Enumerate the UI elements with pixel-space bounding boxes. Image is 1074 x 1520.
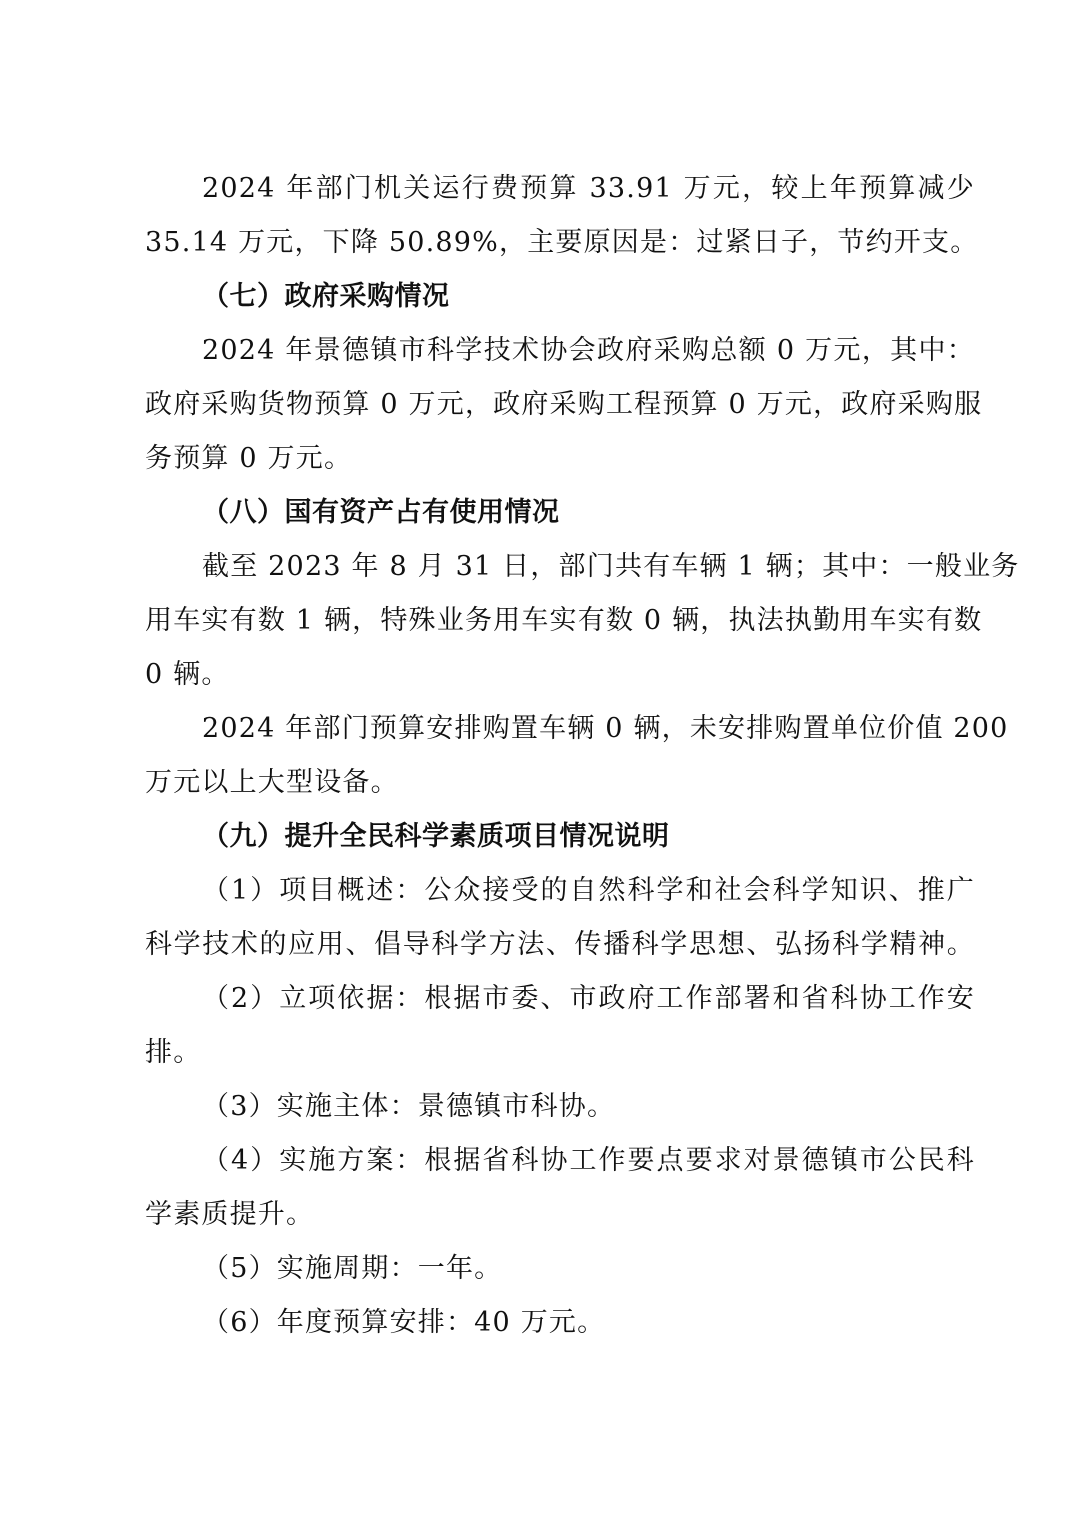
section-heading-science-literacy-project: （九）提升全民科学素质项目情况说明 bbox=[145, 810, 975, 864]
paragraph-project-overview: （1）项目概述：公众接受的自然科学和社会科学知识、推广 科学技术的应用、倡导科学… bbox=[145, 864, 975, 972]
paragraph-vehicles: 截至 2023 年 8 月 31 日，部门共有车辆 1 辆；其中：一般业务 用车… bbox=[145, 540, 975, 702]
paragraph-purchase-plan: 2024 年部门预算安排购置车辆 0 辆，未安排购置单位价值 200 万元以上大… bbox=[145, 702, 975, 810]
text-line: 35.14 万元，下降 50.89%，主要原因是：过紧日子，节约开支。 bbox=[145, 216, 975, 270]
text-line: （6）年度预算安排：40 万元。 bbox=[145, 1296, 975, 1350]
text-line: （3）实施主体：景德镇市科协。 bbox=[145, 1080, 975, 1134]
text-line: 务预算 0 万元。 bbox=[145, 432, 975, 486]
paragraph-implementing-entity: （3）实施主体：景德镇市科协。 bbox=[145, 1080, 975, 1134]
text-line: （2）立项依据：根据市委、市政府工作部署和省科协工作安 bbox=[145, 972, 975, 1026]
text-line: 政府采购货物预算 0 万元，政府采购工程预算 0 万元，政府采购服 bbox=[145, 378, 975, 432]
paragraph-operating-expense: 2024 年部门机关运行费预算 33.91 万元，较上年预算减少 35.14 万… bbox=[145, 162, 975, 270]
text-line: 学素质提升。 bbox=[145, 1188, 975, 1242]
paragraph-implementation-period: （5）实施周期：一年。 bbox=[145, 1242, 975, 1296]
paragraph-implementation-plan: （4）实施方案：根据省科协工作要点要求对景德镇市公民科 学素质提升。 bbox=[145, 1134, 975, 1242]
text-line: 科学技术的应用、倡导科学方法、传播科学思想、弘扬科学精神。 bbox=[145, 918, 975, 972]
document-page: 2024 年部门机关运行费预算 33.91 万元，较上年预算减少 35.14 万… bbox=[145, 162, 975, 1350]
text-line: （5）实施周期：一年。 bbox=[145, 1242, 975, 1296]
text-line: 排。 bbox=[145, 1026, 975, 1080]
section-heading-state-assets: （八）国有资产占有使用情况 bbox=[145, 486, 975, 540]
text-line: 万元以上大型设备。 bbox=[145, 756, 975, 810]
paragraph-procurement: 2024 年景德镇市科学技术协会政府采购总额 0 万元，其中： 政府采购货物预算… bbox=[145, 324, 975, 486]
text-line: （1）项目概述：公众接受的自然科学和社会科学知识、推广 bbox=[145, 864, 975, 918]
text-line: 用车实有数 1 辆，特殊业务用车实有数 0 辆，执法执勤用车实有数 bbox=[145, 594, 975, 648]
paragraph-project-basis: （2）立项依据：根据市委、市政府工作部署和省科协工作安 排。 bbox=[145, 972, 975, 1080]
text-line: 0 辆。 bbox=[145, 648, 975, 702]
text-line: （4）实施方案：根据省科协工作要点要求对景德镇市公民科 bbox=[145, 1134, 975, 1188]
text-line: 2024 年部门机关运行费预算 33.91 万元，较上年预算减少 bbox=[145, 162, 975, 216]
text-line: 2024 年部门预算安排购置车辆 0 辆，未安排购置单位价值 200 bbox=[145, 702, 975, 756]
section-heading-government-procurement: （七）政府采购情况 bbox=[145, 270, 975, 324]
text-line: 2024 年景德镇市科学技术协会政府采购总额 0 万元，其中： bbox=[145, 324, 975, 378]
text-line: 截至 2023 年 8 月 31 日，部门共有车辆 1 辆；其中：一般业务 bbox=[145, 540, 975, 594]
paragraph-annual-budget: （6）年度预算安排：40 万元。 bbox=[145, 1296, 975, 1350]
